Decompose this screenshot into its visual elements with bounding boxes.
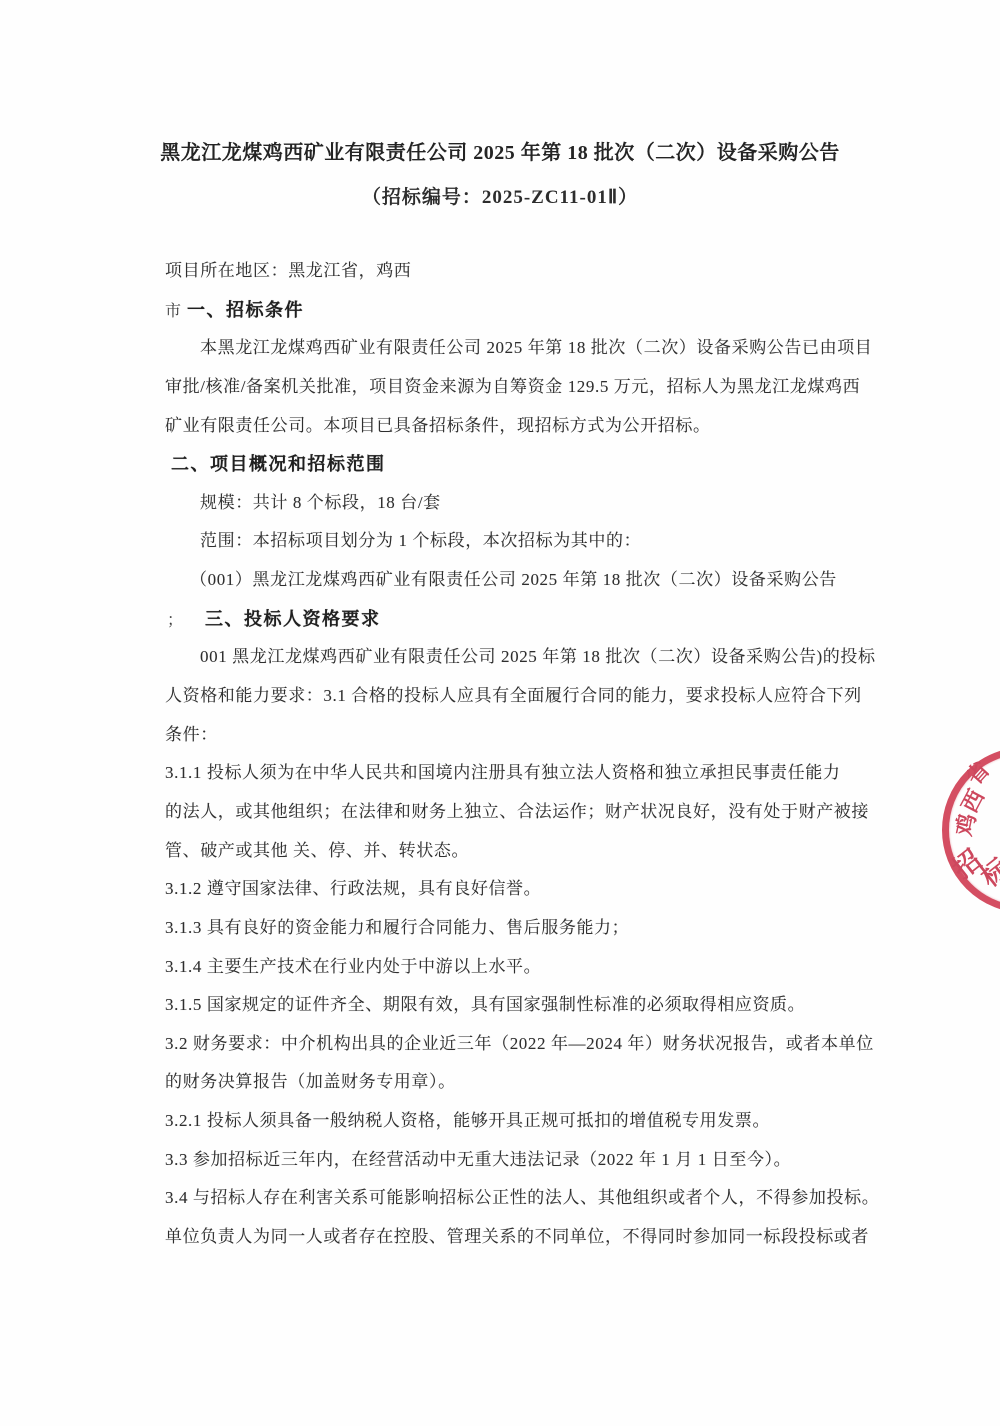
line-text: 3.1.3 具有良好的资金能力和履行合同能力、售后服务能力； [165, 918, 629, 937]
document-header: 黑龙江龙煤鸡西矿业有限责任公司 2025 年第 18 批次（二次）设备采购公告 … [80, 136, 920, 209]
text-line: 3.1.2 遵守国家法律、行政法规，具有良好信誉。 [165, 870, 940, 909]
line-text: 三、投标人资格要求 [205, 609, 381, 629]
line-text: 3.4 与招标人存在利害关系可能影响招标公正性的法人、其他组织或者个人，不得参加… [165, 1188, 879, 1207]
line-text: 3.3 参加招标近三年内，在经营活动中无重大违法记录（2022 年 1 月 1 … [165, 1150, 791, 1169]
line-text: 的法人，或其他组织；在法律和财务上独立、合法运作；财产状况良好，没有处于财产被接 [165, 802, 869, 821]
stray-mark: 市 [165, 303, 181, 320]
line-text: 管、破产或其他 关、停、并、转状态。 [165, 841, 469, 860]
text-line: 3.1.5 国家规定的证件齐全、期限有效，具有国家强制性标准的必须取得相应资质。 [165, 986, 940, 1025]
tender-number: （招标编号：2025-ZC11-01Ⅱ） [80, 182, 920, 209]
text-line: 管、破产或其他 关、停、并、转状态。 [165, 832, 940, 871]
text-line: 项目所在地区：黑龙江省，鸡西 [165, 252, 940, 291]
text-line: 本黑龙江龙煤鸡西矿业有限责任公司 2025 年第 18 批次（二次）设备采购公告… [165, 329, 940, 368]
text-line: 矿业有限责任公司。本项目已具备招标条件，现招标方式为公开招标。 [165, 407, 940, 446]
text-line: 001 黑龙江龙煤鸡西矿业有限责任公司 2025 年第 18 批次（二次）设备采… [165, 638, 940, 677]
line-text: 审批/核准/备案机关批准，项目资金来源为自筹资金 129.5 万元，招标人为黑龙… [165, 377, 860, 396]
line-text: 的财务决算报告（加盖财务专用章）。 [165, 1072, 456, 1091]
line-text: 3.1.1 投标人须为在中华人民共和国境内注册具有独立法人资格和独立承担民事责任… [165, 763, 840, 782]
text-line: 3.2.1 投标人须具备一般纳税人资格，能够开具正规可抵扣的增值税专用发票。 [165, 1102, 940, 1141]
document-title: 黑龙江龙煤鸡西矿业有限责任公司 2025 年第 18 批次（二次）设备采购公告 [80, 136, 920, 165]
text-line: 的财务决算报告（加盖财务专用章）。 [165, 1063, 940, 1102]
line-text: 条件： [165, 725, 218, 744]
text-line: 3.1.4 主要生产技术在行业内处于中游以上水平。 [165, 948, 940, 987]
line-text: 项目所在地区：黑龙江省，鸡西 [165, 261, 411, 280]
line-text: 矿业有限责任公司。本项目已具备招标条件，现招标方式为公开招标。 [165, 416, 711, 435]
text-line: 的法人，或其他组织；在法律和财务上独立、合法运作；财产状况良好，没有处于财产被接 [165, 793, 940, 832]
official-seal: 鸡 西 省 招 标 [942, 747, 1000, 913]
text-line: 3.1.1 投标人须为在中华人民共和国境内注册具有独立法人资格和独立承担民事责任… [165, 754, 940, 793]
line-text: 范围：本招标项目划分为 1 个标段，本次招标为其中的： [200, 531, 641, 550]
line-text: 二、项目概况和招标范围 [171, 454, 386, 474]
section-heading: 市一、招标条件 [165, 291, 940, 330]
text-line: 单位负责人为同一人或者存在控股、管理关系的不同单位，不得同时参加同一标段投标或者 [165, 1218, 940, 1257]
line-text: 3.1.4 主要生产技术在行业内处于中游以上水平。 [165, 957, 541, 976]
text-line: 3.1.3 具有良好的资金能力和履行合同能力、售后服务能力； [165, 909, 940, 948]
line-text: 一、招标条件 [187, 300, 304, 320]
line-text: 3.2.1 投标人须具备一般纳税人资格，能够开具正规可抵扣的增值税专用发票。 [165, 1111, 770, 1130]
text-line: 规模：共计 8 个标段，18 台/套 [165, 484, 940, 523]
document-body: 项目所在地区：黑龙江省，鸡西市一、招标条件本黑龙江龙煤鸡西矿业有限责任公司 20… [165, 252, 940, 1257]
text-line: 审批/核准/备案机关批准，项目资金来源为自筹资金 129.5 万元，招标人为黑龙… [165, 368, 940, 407]
section-heading: ；三、投标人资格要求 [165, 600, 940, 639]
line-text: 本黑龙江龙煤鸡西矿业有限责任公司 2025 年第 18 批次（二次）设备采购公告… [200, 338, 872, 357]
text-line: 3.4 与招标人存在利害关系可能影响招标公正性的法人、其他组织或者个人，不得参加… [165, 1179, 940, 1218]
stray-mark: ； [167, 612, 183, 629]
line-text: 3.1.5 国家规定的证件齐全、期限有效，具有国家强制性标准的必须取得相应资质。 [165, 995, 805, 1014]
text-line: 条件： [165, 716, 940, 755]
line-text: 3.2 财务要求：中介机构出具的企业近三年（2022 年—2024 年）财务状况… [165, 1034, 874, 1053]
text-line: （001）黑龙江龙煤鸡西矿业有限责任公司 2025 年第 18 批次（二次）设备… [165, 561, 940, 600]
section-heading: 二、项目概况和招标范围 [165, 445, 940, 484]
text-line: 3.3 参加招标近三年内，在经营活动中无重大违法记录（2022 年 1 月 1 … [165, 1141, 940, 1180]
line-text: 3.1.2 遵守国家法律、行政法规，具有良好信誉。 [165, 879, 541, 898]
document-page: 黑龙江龙煤鸡西矿业有限责任公司 2025 年第 18 批次（二次）设备采购公告 … [0, 0, 1000, 1426]
line-text: 001 黑龙江龙煤鸡西矿业有限责任公司 2025 年第 18 批次（二次）设备采… [200, 647, 876, 666]
text-line: 3.2 财务要求：中介机构出具的企业近三年（2022 年—2024 年）财务状况… [165, 1025, 940, 1064]
text-line: 范围：本招标项目划分为 1 个标段，本次招标为其中的： [165, 522, 940, 561]
line-text: 单位负责人为同一人或者存在控股、管理关系的不同单位，不得同时参加同一标段投标或者 [165, 1227, 869, 1246]
line-text: （001）黑龙江龙煤鸡西矿业有限责任公司 2025 年第 18 批次（二次）设备… [190, 570, 837, 589]
line-text: 人资格和能力要求：3.1 合格的投标人应具有全面履行合同的能力，要求投标人应符合… [165, 686, 862, 705]
line-text: 规模：共计 8 个标段，18 台/套 [200, 493, 441, 512]
text-line: 人资格和能力要求：3.1 合格的投标人应具有全面履行合同的能力，要求投标人应符合… [165, 677, 940, 716]
